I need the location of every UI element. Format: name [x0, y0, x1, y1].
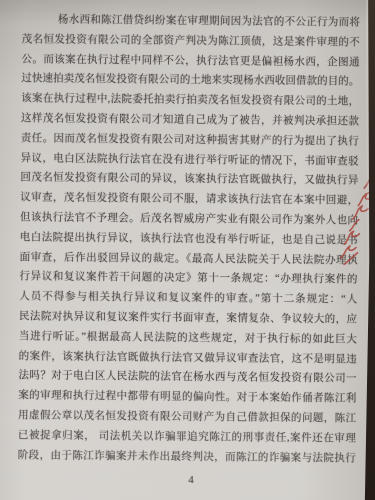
document-line: 茂名恒发投资有限公司的全部资产判决为陈江顶债，这是案件审理的不 — [22, 30, 360, 53]
page-number: 4 — [22, 474, 360, 486]
document-line: 电白法院提出执行异议，该执行法官也没有举行听证，也是自己说是书 — [20, 228, 358, 251]
document-line: 阶段，由于陈江诈骗案并未作出最终判决，而陈江的诈骗案与法院执行 — [18, 446, 356, 469]
document-line: 责任。因而茂名恒发投资有限公司对这种损害其财产的行为提出了执行 — [21, 129, 359, 152]
document-line: 已被捉拿归案， 司法机关以诈骗罪追究陈江的刑事责任,案件还在审理 — [18, 426, 356, 449]
document-line: 当进行听证。”根据最高人民法院的这些规定，对于执行标的如此巨大 — [19, 327, 357, 350]
document-photo: 杨水西和陈江借贷纠纷案在审理期间因为法官的不公正行为而将 茂名恒发投资有限公司的… — [0, 0, 375, 500]
document-body-text: 杨水西和陈江借贷纠纷案在审理期间因为法官的不公正行为而将 茂名恒发投资有限公司的… — [18, 10, 360, 469]
